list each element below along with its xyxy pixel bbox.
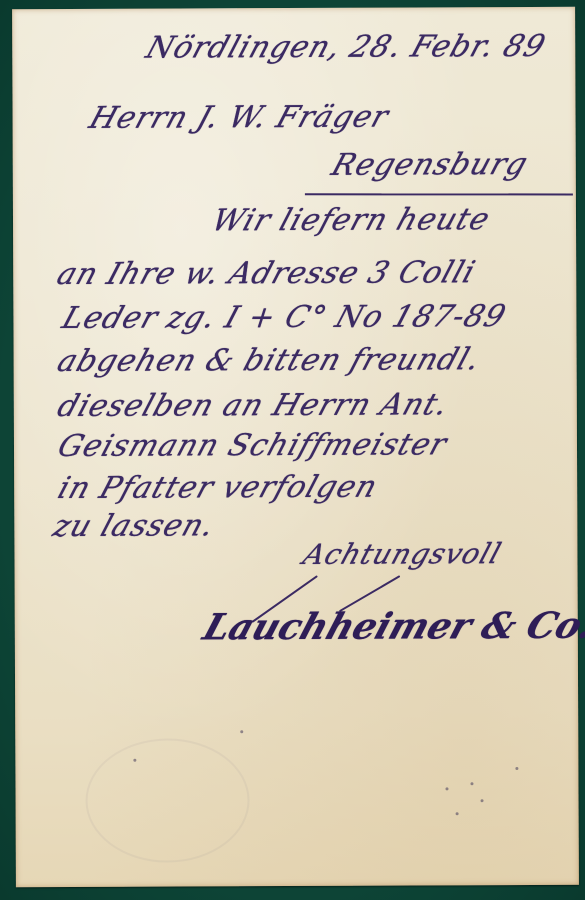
body-line: in Pfatter verfolgen xyxy=(54,470,383,506)
body-line: Leder zg. I + C° No 187-89 xyxy=(58,299,511,336)
signature: Lauchheimer & Co. xyxy=(198,605,585,649)
body-line: dieselben an Herrn Ant. xyxy=(53,387,453,424)
body-line: abgehen & bitten freundl. xyxy=(53,342,485,379)
ink-speck xyxy=(445,787,448,790)
recipient-city: Regensburg xyxy=(327,147,532,183)
date-line: Nördlingen, 28. Febr. 89 xyxy=(142,29,551,66)
ink-speck xyxy=(481,799,484,802)
city-underline xyxy=(305,193,573,195)
postcard: Nördlingen, 28. Febr. 89 Herrn J. W. Frä… xyxy=(12,7,579,887)
body-line: zu lassen. xyxy=(49,508,220,544)
ink-speck xyxy=(133,759,136,762)
ink-speck xyxy=(515,767,518,770)
ink-speck xyxy=(470,782,473,785)
closing-line: Achtungsvoll xyxy=(299,537,506,571)
body-line: an Ihre w. Adresse 3 Colli xyxy=(53,255,480,292)
body-line: Geismann Schiffmeister xyxy=(53,427,451,464)
recipient-name: Herrn J. W. Fräger xyxy=(85,100,393,136)
ink-speck xyxy=(456,812,459,815)
ink-speck xyxy=(240,730,243,733)
body-line: Wir liefern heute xyxy=(207,202,494,238)
faded-postmark xyxy=(85,738,250,863)
